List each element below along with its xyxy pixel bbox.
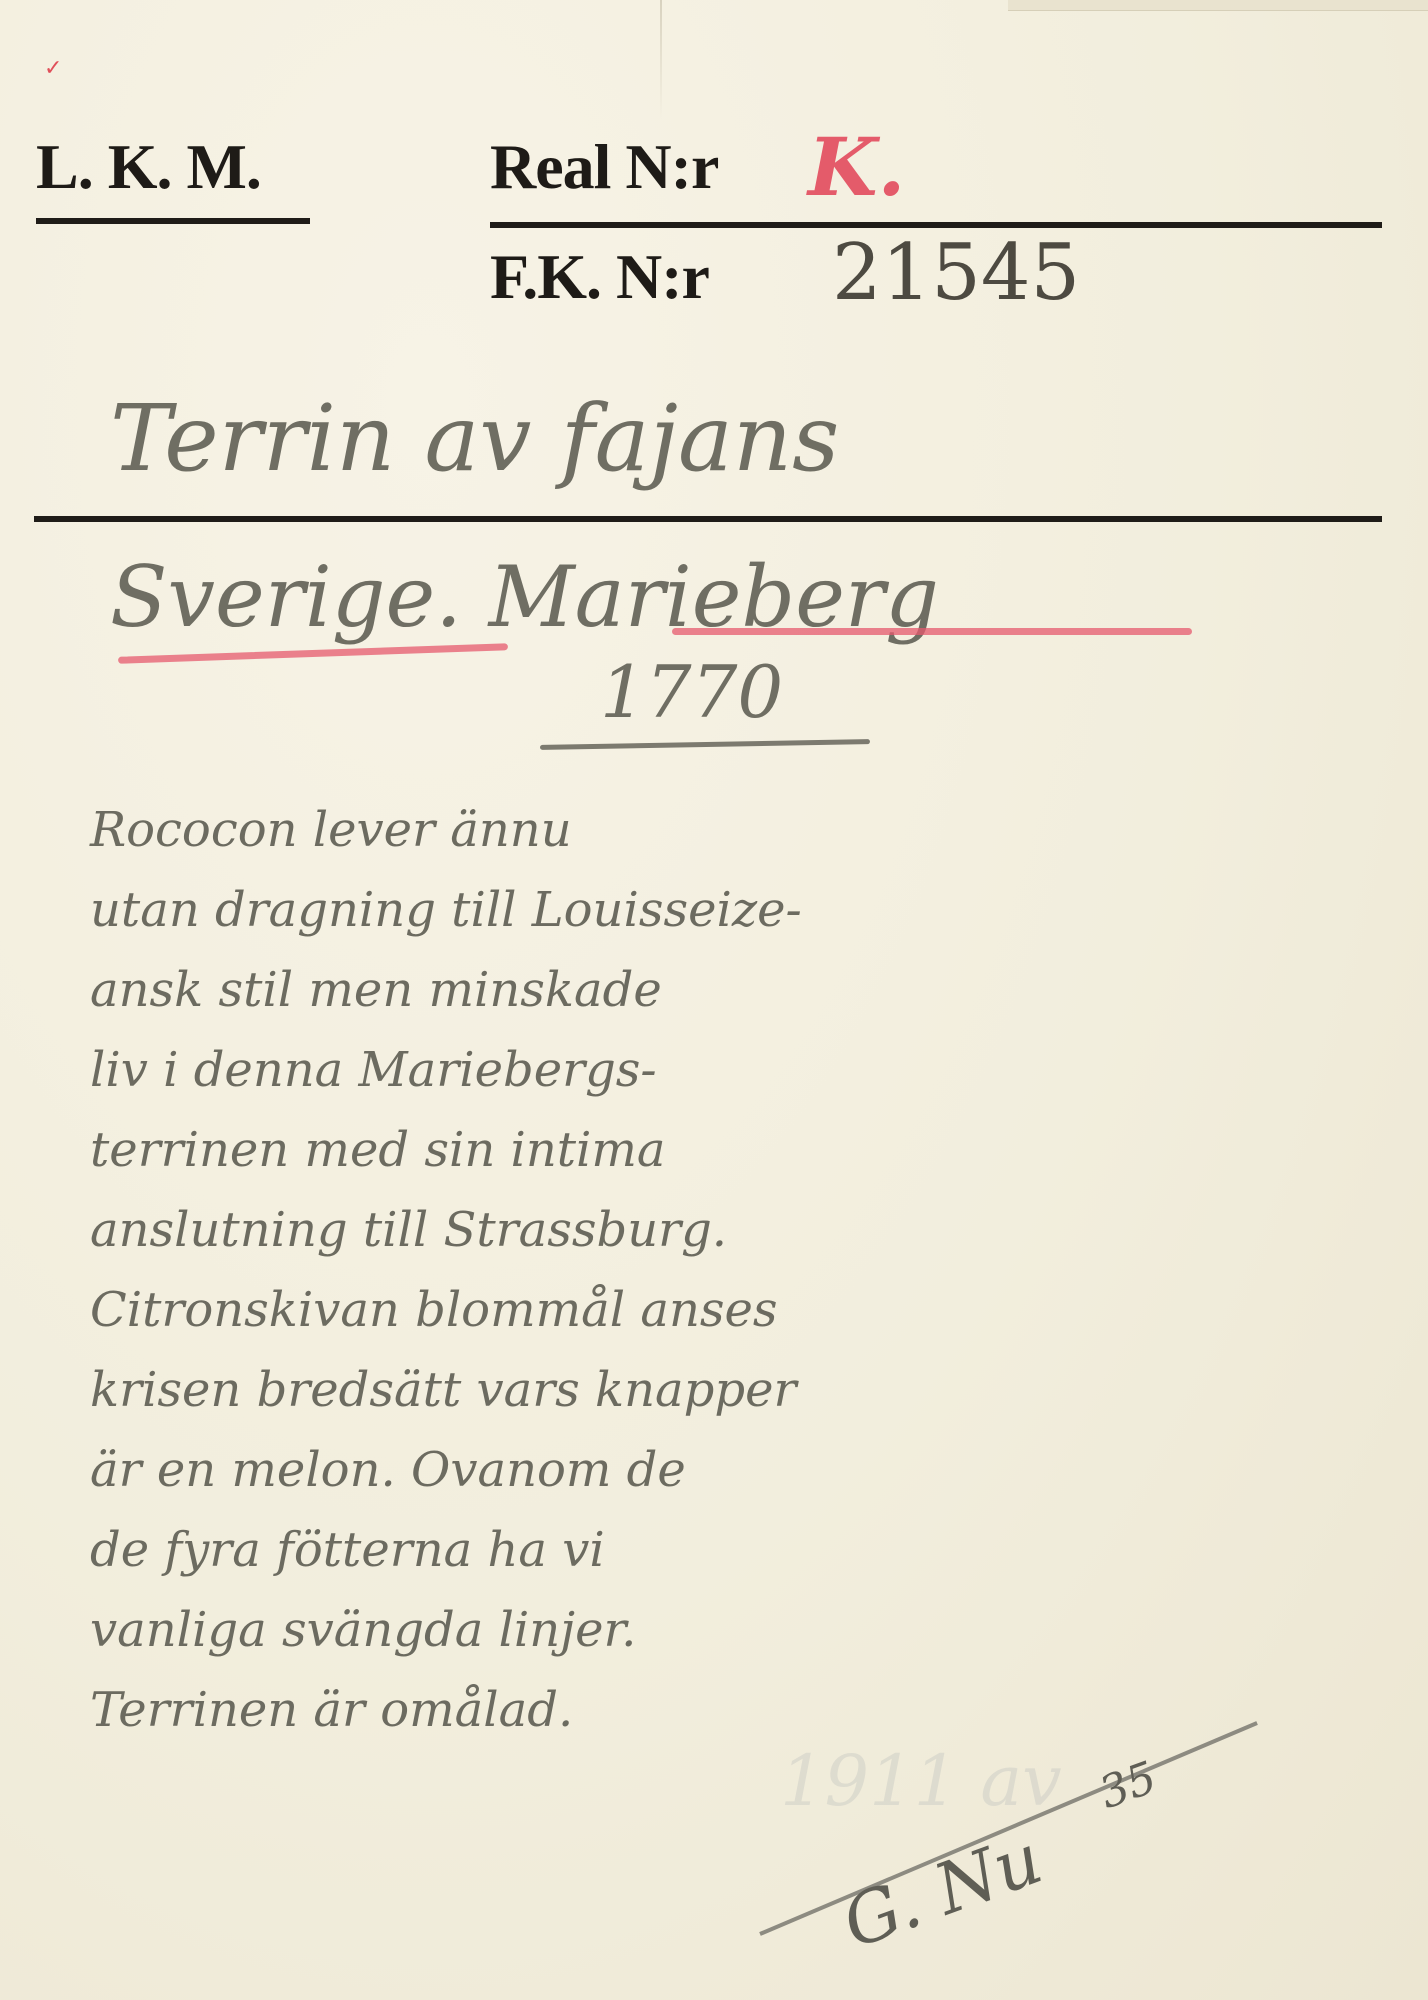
red-check-mark-icon: ✓ <box>44 56 62 81</box>
description-line: Rococon lever ännu <box>90 790 1410 870</box>
signature-block: G. Nu 35 <box>760 1700 1360 2000</box>
description-line: vanliga svängda linjer. <box>90 1590 1410 1670</box>
signature-year: 35 <box>1093 1752 1163 1819</box>
description-line: är en melon. Ovanom de <box>90 1430 1410 1510</box>
paper-torn-edge <box>1008 0 1428 11</box>
description-line: terrinen med sin intima <box>90 1110 1410 1190</box>
description-line: Citronskivan blommål anses <box>90 1270 1410 1350</box>
description-text: Rococon lever ännu utan dragning till Lo… <box>90 790 1410 1750</box>
description-line: krisen bredsätt vars knapper <box>90 1350 1410 1430</box>
fk-number-label: F.K. N:r <box>490 240 709 314</box>
fk-number-value: 21545 <box>832 228 1080 318</box>
institution-label: L. K. M. <box>36 130 261 204</box>
header-rule-left <box>36 218 310 224</box>
description-line: anslutning till Strassburg. <box>90 1190 1410 1270</box>
object-title: Terrin av fajans <box>110 385 839 492</box>
real-number-value: K. <box>808 120 905 214</box>
red-underline-factory <box>672 628 1192 635</box>
description-line: utan dragning till Louisseize- <box>90 870 1410 950</box>
description-line: liv i denna Mariebergs- <box>90 1030 1410 1110</box>
description-line: ansk stil men minskade <box>90 950 1410 1030</box>
title-rule <box>34 516 1382 522</box>
description-line: de fyra fötterna ha vi <box>90 1510 1410 1590</box>
paper-fold <box>660 0 662 120</box>
real-number-label: Real N:r <box>490 130 718 204</box>
date-year: 1770 <box>600 650 783 734</box>
signature-name: G. Nu <box>832 1818 1052 1965</box>
